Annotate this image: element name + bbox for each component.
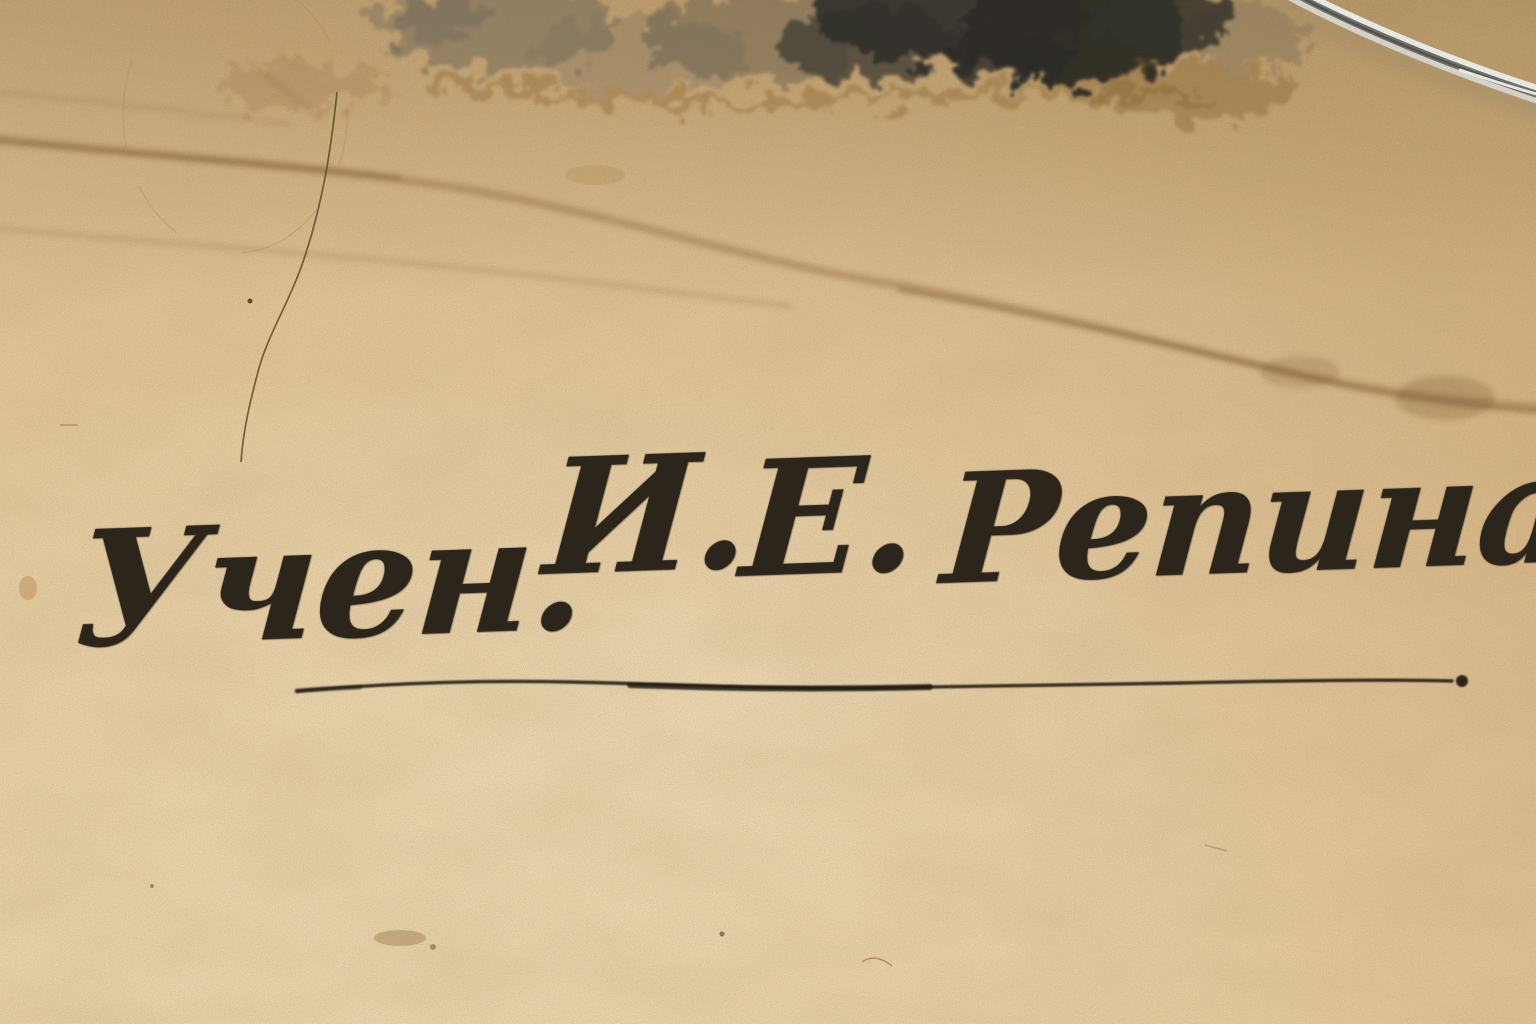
- underline-end-dot: [1456, 675, 1468, 687]
- paper-background: [0, 0, 1536, 1024]
- paper-texture: [0, 0, 1536, 1024]
- photo-of-inscribed-paper: Учен. И. Е. Репина.: [0, 0, 1536, 1024]
